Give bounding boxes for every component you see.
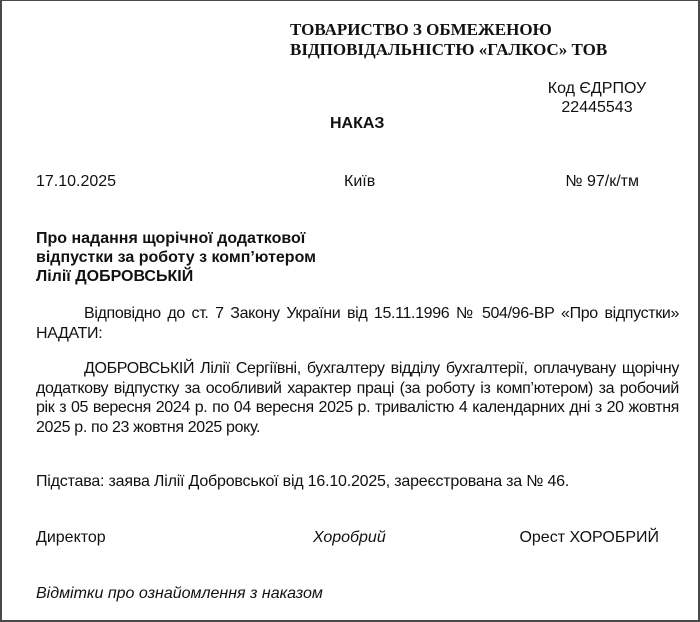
- preamble-paragraph: Відповідно до ст. 7 Закону України від 1…: [36, 304, 679, 343]
- signatory-role: Директор: [36, 529, 106, 547]
- edrpou-label: Код ЄДРПОУ: [522, 79, 672, 98]
- edrpou-value: 22445543: [522, 98, 672, 117]
- order-text: ДОБРОВСЬКІЙ Лілії Сергіївні, бухгалтеру …: [36, 360, 679, 436]
- order-paragraph: ДОБРОВСЬКІЙ Лілії Сергіївні, бухгалтеру …: [36, 359, 679, 437]
- company-name: ТОВАРИСТВО З ОБМЕЖЕНОЮ ВІДПОВІДАЛЬНІСТЮ …: [290, 20, 607, 60]
- company-name-line2: ВІДПОВІДАЛЬНІСТЮ «ГАЛКОС» ТОВ: [290, 40, 607, 60]
- signatory-name: Орест ХОРОБРИЙ: [519, 529, 659, 547]
- subject-line1: Про надання щорічної додаткової: [36, 229, 316, 248]
- order-number: № 97/к/тм: [565, 173, 639, 191]
- subject-line2: відпустки за роботу з комп’ютером: [36, 248, 316, 267]
- signature: Хоробрий: [313, 529, 386, 547]
- order-date: 17.10.2025: [36, 173, 116, 191]
- document-page: ТОВАРИСТВО З ОБМЕЖЕНОЮ ВІДПОВІДАЛЬНІСТЮ …: [0, 0, 700, 622]
- document-title: НАКАЗ: [330, 115, 384, 133]
- edrpou-block: Код ЄДРПОУ 22445543: [522, 79, 672, 117]
- subject-line3: Лілії ДОБРОВСЬКІЙ: [36, 267, 316, 286]
- order-city: Київ: [344, 173, 375, 191]
- order-subject: Про надання щорічної додаткової відпустк…: [36, 229, 316, 286]
- basis-line: Підстава: заява Лілії Добровської від 16…: [36, 473, 569, 491]
- acknowledgement-note: Відмітки про ознайомлення з наказом: [36, 585, 323, 603]
- company-name-line1: ТОВАРИСТВО З ОБМЕЖЕНОЮ: [290, 20, 607, 40]
- preamble-text: Відповідно до ст. 7 Закону України від 1…: [36, 305, 679, 342]
